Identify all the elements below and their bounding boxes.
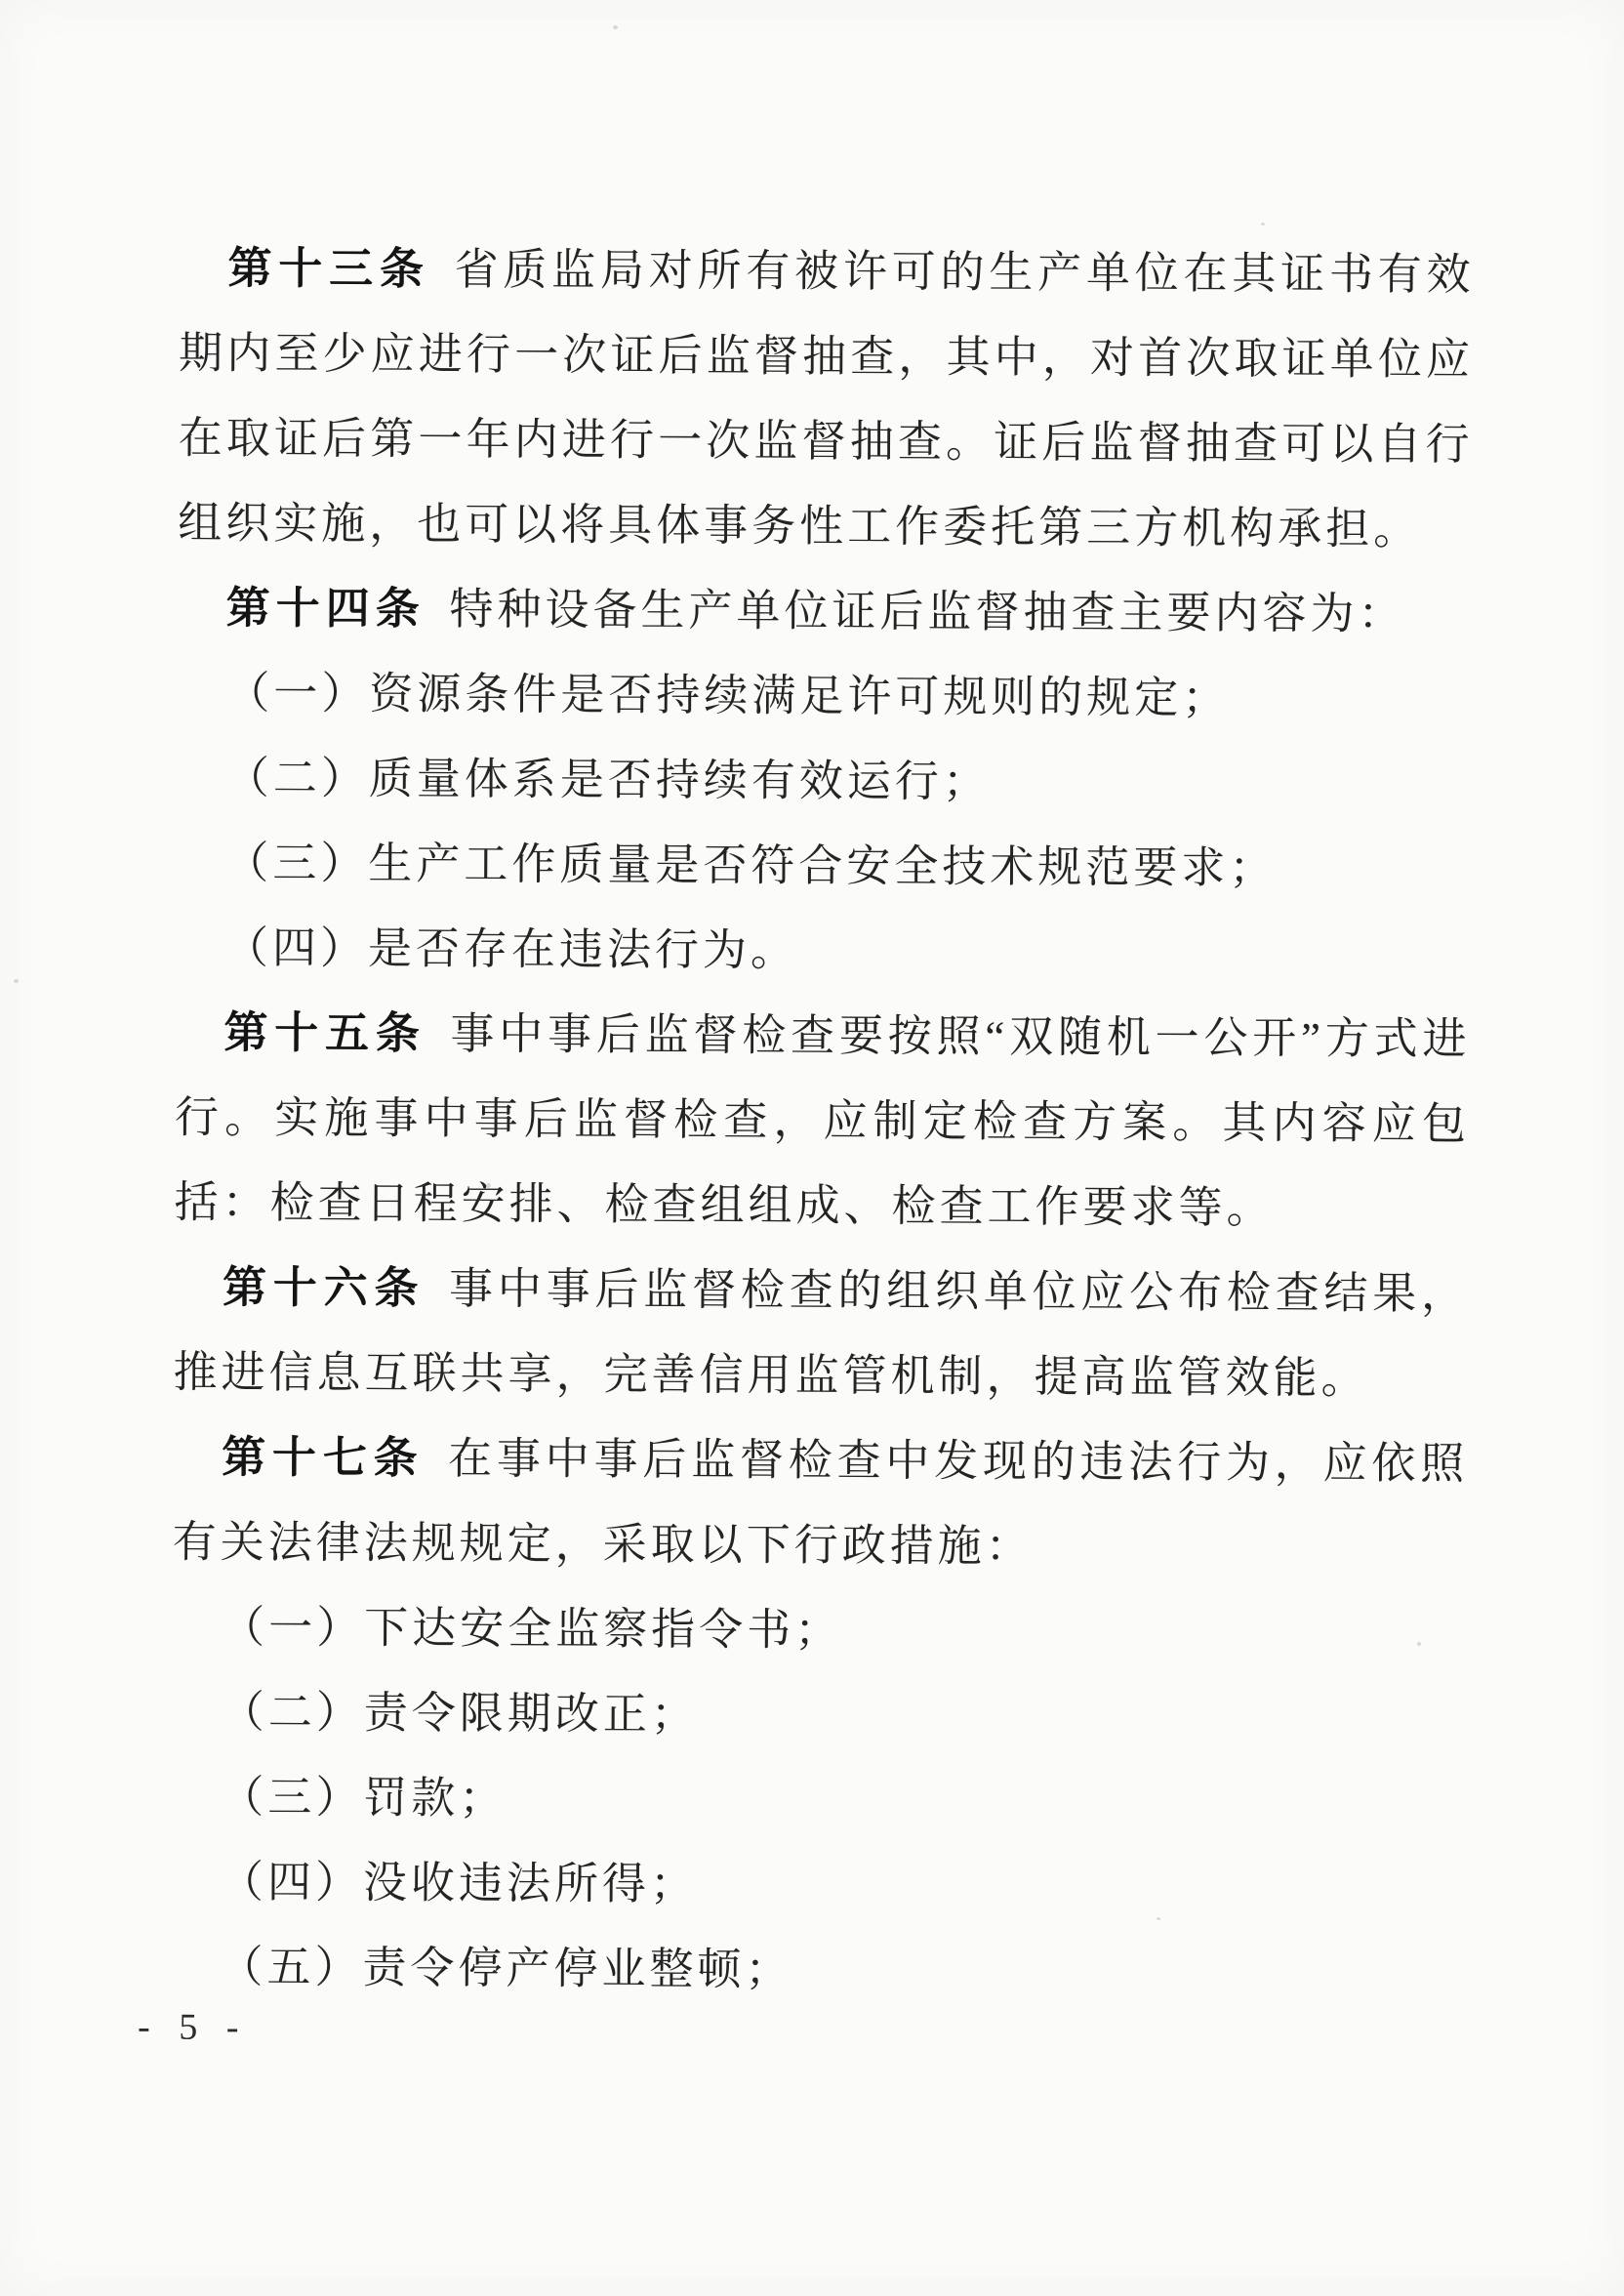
scan-speckle (1111, 879, 1115, 882)
article-14-item-3: （三）生产工作质量是否符合安全技术规范要求； (176, 821, 1471, 913)
article-17-item-3: （三）罚款； (171, 1755, 1466, 1847)
article-14-text: 特种设备生产单位证后监督抽查主要内容为： (449, 585, 1405, 638)
document-body: 第十三条省质监局对所有被许可的生产单位在其证书有效期内至少应进行一次证后监督抽查… (170, 226, 1475, 2017)
article-17-item-2-text: （二）责令限期改正； (221, 1688, 699, 1740)
article-14-item-2: （二）质量体系是否持续有效运行； (177, 736, 1472, 828)
article-17-item-4-text: （四）没收违法所得； (220, 1858, 698, 1909)
article-17-item-5-text: （五）责令停产停业整顿； (219, 1943, 792, 1994)
page-number: - 5 - (138, 2005, 249, 2049)
article-17-paragraph: 第十七条在事中事后监督检查中发现的违法行为，应依照有关法律法规规定，采取以下行政… (172, 1415, 1468, 1592)
scan-speckle (1417, 1642, 1421, 1646)
article-14-item-4-text: （四）是否存在违法行为。 (224, 923, 798, 975)
scan-speckle (1261, 223, 1265, 225)
article-13-label: 第十三条 (227, 244, 429, 294)
article-17-item-1: （一）下达安全监察指令书； (172, 1585, 1467, 1677)
scan-speckle (1157, 1917, 1160, 1920)
article-17-item-4: （四）没收违法所得； (171, 1840, 1466, 1932)
article-14-item-1: （一）资源条件是否持续满足许可规则的规定； (177, 651, 1472, 743)
scan-speckle (14, 979, 19, 983)
article-14-label: 第十四条 (226, 584, 426, 634)
scanned-sheet: 第十三条省质监局对所有被许可的生产单位在其证书有效期内至少应进行一次证后监督抽查… (0, 0, 1624, 2296)
article-17-item-5: （五）责令停产停业整顿； (170, 1925, 1465, 2017)
article-15-paragraph: 第十五条事中事后监督检查要按照“双随机一公开”方式进行。实施事中事后监督检查，应… (174, 991, 1470, 1252)
article-17-item-1-text: （一）下达安全监察指令书； (221, 1603, 842, 1655)
article-16-label: 第十六条 (223, 1263, 425, 1313)
article-13-paragraph: 第十三条省质监局对所有被许可的生产单位在其证书有效期内至少应进行一次证后监督抽查… (178, 226, 1475, 573)
document-page: 第十三条省质监局对所有被许可的生产单位在其证书有效期内至少应进行一次证后监督抽查… (0, 0, 1624, 2296)
article-14-paragraph: 第十四条特种设备生产单位证后监督抽查主要内容为： (178, 566, 1473, 658)
scan-speckle (613, 25, 618, 29)
article-14-item-3-text: （三）生产工作质量是否符合安全技术规范要求； (224, 839, 1277, 893)
article-14-item-4: （四）是否存在违法行为。 (176, 906, 1471, 998)
scan-speckle (486, 1183, 491, 1188)
article-17-item-3-text: （三）罚款； (220, 1773, 507, 1824)
article-17-label: 第十七条 (222, 1433, 424, 1483)
article-17-item-2: （二）责令限期改正； (172, 1670, 1467, 1762)
article-14-item-1-text: （一）资源条件是否持续满足许可规则的规定； (225, 669, 1230, 722)
article-15-label: 第十五条 (223, 1008, 426, 1058)
article-14-item-2-text: （二）质量体系是否持续有效运行； (225, 754, 991, 806)
article-16-paragraph: 第十六条事中事后监督检查的组织单位应公布检查结果，推进信息互联共享，完善信用监管… (173, 1246, 1469, 1422)
